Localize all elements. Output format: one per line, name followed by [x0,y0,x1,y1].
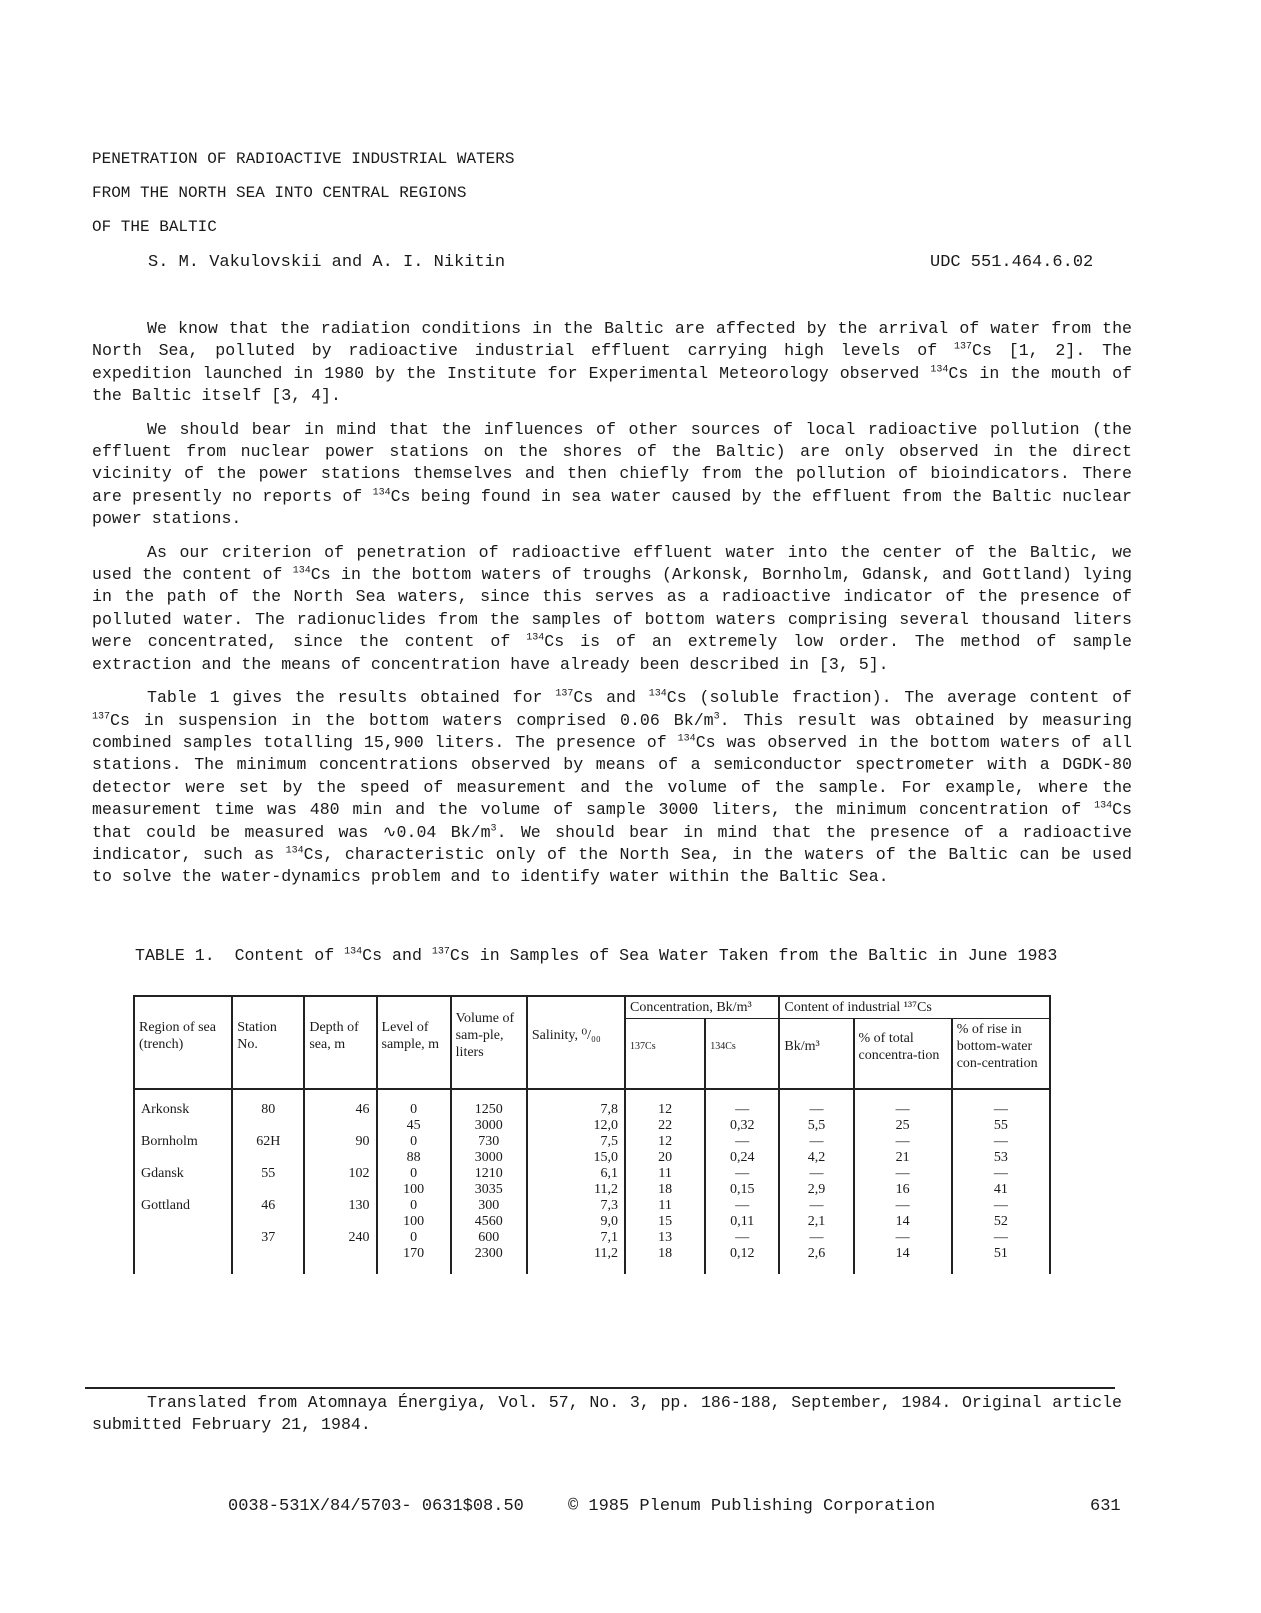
cell-bk: —5,5—4,2—2,9—2,1—2,6 [779,1089,853,1274]
col-cs134: 134Cs [705,1019,779,1075]
cell-cs134: —0,32—0,24—0,15—0,11—0,12 [705,1089,779,1274]
col-depth: Depth of sea, m [304,996,376,1074]
col-cs137: 137Cs [625,1019,705,1075]
col-region: Region of sea (trench) [134,996,232,1074]
paragraph: We should bear in mind that the influenc… [92,419,1132,531]
article-title: PENETRATION OF RADIOACTIVE INDUSTRIAL WA… [92,142,514,244]
cell-pct-total: —25—21—16—14—14 [854,1089,952,1274]
title-line: PENETRATION OF RADIOACTIVE INDUSTRIAL WA… [92,142,514,176]
col-bk: Bk/m³ [779,1019,853,1075]
table-caption-text: Content of 134Cs and 137Cs in Samples of… [235,946,1058,965]
col-pct-total: % of total concentra-tion [854,1019,952,1075]
footnote: Translated from Atomnaya Énergiya, Vol. … [92,1392,1122,1436]
col-level: Level of sample, m [377,996,451,1074]
authors: S. M. Vakulovskii and A. I. Nikitin [148,253,505,272]
paragraph: As our criterion of penetration of radio… [92,542,1132,676]
cell-level: 045088010001000170 [377,1089,451,1274]
footnote-divider [85,1387,1115,1389]
col-group-industrial: Content of industrial ¹³⁷Cs [779,996,1050,1019]
paragraph: Table 1 gives the results obtained for 1… [92,687,1132,889]
col-salinity: Salinity, ⁰/₀₀ [527,996,625,1074]
table-row: Arkonsk Bornholm Gdansk Gottland 80 62H … [134,1089,1050,1274]
cell-region: Arkonsk Bornholm Gdansk Gottland [134,1089,232,1274]
cell-station: 80 62H 55 46 37 [232,1089,304,1274]
title-line: FROM THE NORTH SEA INTO CENTRAL REGIONS [92,176,514,210]
paragraph: We know that the radiation conditions in… [92,318,1132,408]
table-caption-label: TABLE 1. [135,946,215,965]
col-group-concentration: Concentration, Bk/m³ [625,996,779,1019]
publication-code: 0038-531X/84/5703- 0631$08.50 [228,1497,524,1516]
table-caption: TABLE 1. Content of 134Cs and 137Cs in S… [135,945,1080,967]
col-station: Station No. [232,996,304,1074]
udc-code: UDC 551.464.6.02 [930,253,1093,272]
table-body: Arkonsk Bornholm Gdansk Gottland 80 62H … [134,1089,1050,1274]
title-line: OF THE BALTIC [92,210,514,244]
copyright: © 1985 Plenum Publishing Corporation [568,1497,935,1516]
article-body: We know that the radiation conditions in… [92,318,1132,900]
col-volume: Volume of sam-ple, liters [451,996,527,1074]
cell-pct-rise: —55—53—41—52—51 [952,1089,1050,1274]
cell-depth: 46 90 102 130 240 [304,1089,376,1274]
cell-volume: 1250300073030001210303530045606002300 [451,1089,527,1274]
page-number: 631 [1090,1497,1121,1516]
cell-salinity: 7,812,07,515,06,111,27,39,07,111,2 [527,1089,625,1274]
col-pct-rise: % of rise in bottom-water con-centration [952,1019,1050,1075]
cell-cs137: 12221220111811151318 [625,1089,705,1274]
footnote-text: Translated from Atomnaya Énergiya, Vol. … [92,1393,1122,1434]
data-table: Region of sea (trench) Station No. Depth… [133,995,1051,1274]
